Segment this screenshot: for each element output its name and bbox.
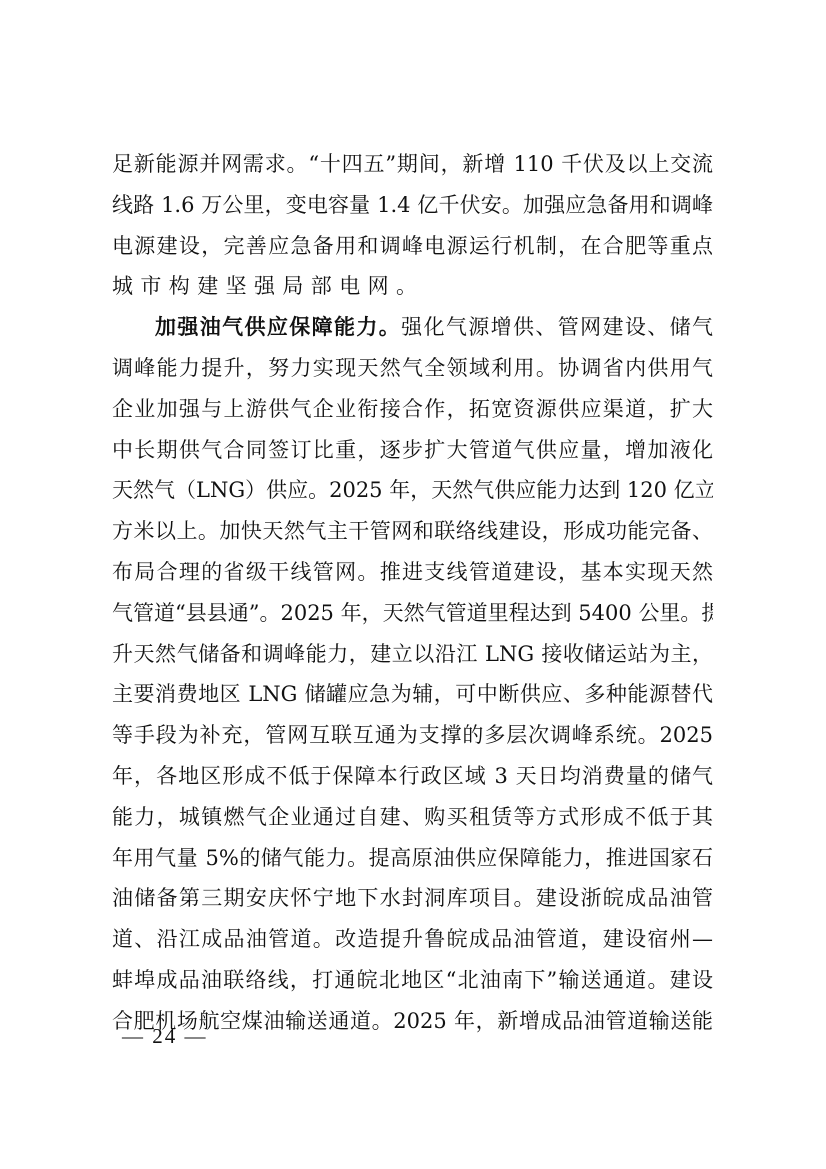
text-line: 企业加强与上游供气企业衔接合作，拓宽资源供应渠道，扩大 <box>112 389 713 430</box>
text-line: 方米以上。加快天然气主干管网和联络线建设，形成功能完备、 <box>112 511 713 552</box>
section-first-line: 加强油气供应保障能力。强化气源增供、管网建设、储气 <box>112 307 713 348</box>
text-line: 等手段为补充，管网互联互通为支撑的多层次调峰系统。2025 <box>112 715 713 756</box>
text-line: 蚌埠成品油联络线，打通皖北地区“北油南下”输送通道。建设 <box>112 960 713 1001</box>
text-line: 气管道“县县通”。2025 年，天然气管道里程达到 5400 公里。提 <box>112 593 713 634</box>
text-line: 中长期供气合同签订比重，逐步扩大管道气供应量，增加液化 <box>112 430 713 471</box>
body-text: 足新能源并网需求。“十四五”期间，新增 110 千伏及以上交流 线路 1.6 万… <box>112 144 713 1042</box>
text-line: 调峰能力提升，努力实现天然气全领域利用。协调省内供用气 <box>112 348 713 389</box>
text-line: 天然气（LNG）供应。2025 年，天然气供应能力达到 120 亿立 <box>112 470 713 511</box>
page-number: — 24 — <box>122 1024 208 1049</box>
text-line: 油储备第三期安庆怀宁地下水封洞库项目。建设浙皖成品油管 <box>112 878 713 919</box>
text-line: 主要消费地区 LNG 储罐应急为辅，可中断供应、多种能源替代 <box>112 674 713 715</box>
text-line: 年用气量 5%的储气能力。提高原油供应保障能力，推进国家石 <box>112 838 713 879</box>
text-line: 足新能源并网需求。“十四五”期间，新增 110 千伏及以上交流 <box>112 144 713 185</box>
text-line: 升天然气储备和调峰能力，建立以沿江 LNG 接收储运站为主， <box>112 634 713 675</box>
text-line: 年，各地区形成不低于保障本行政区域 3 天日均消费量的储气 <box>112 756 713 797</box>
text-line: 城市构建坚强局部电网。 <box>112 266 713 307</box>
section-first-line-text: 强化气源增供、管网建设、储气 <box>401 315 713 339</box>
text-line: 线路 1.6 万公里，变电容量 1.4 亿千伏安。加强应急备用和调峰 <box>112 185 713 226</box>
text-line: 布局合理的省级干线管网。推进支线管道建设，基本实现天然 <box>112 552 713 593</box>
text-line: 道、沿江成品油管道。改造提升鲁皖成品油管道，建设宿州— <box>112 919 713 960</box>
text-line: 电源建设，完善应急备用和调峰电源运行机制，在合肥等重点 <box>112 226 713 267</box>
text-line: 能力，城镇燃气企业通过自建、购买租赁等方式形成不低于其 <box>112 797 713 838</box>
document-page: 足新能源并网需求。“十四五”期间，新增 110 千伏及以上交流 线路 1.6 万… <box>0 0 826 1169</box>
section-heading: 加强油气供应保障能力。 <box>155 314 401 339</box>
